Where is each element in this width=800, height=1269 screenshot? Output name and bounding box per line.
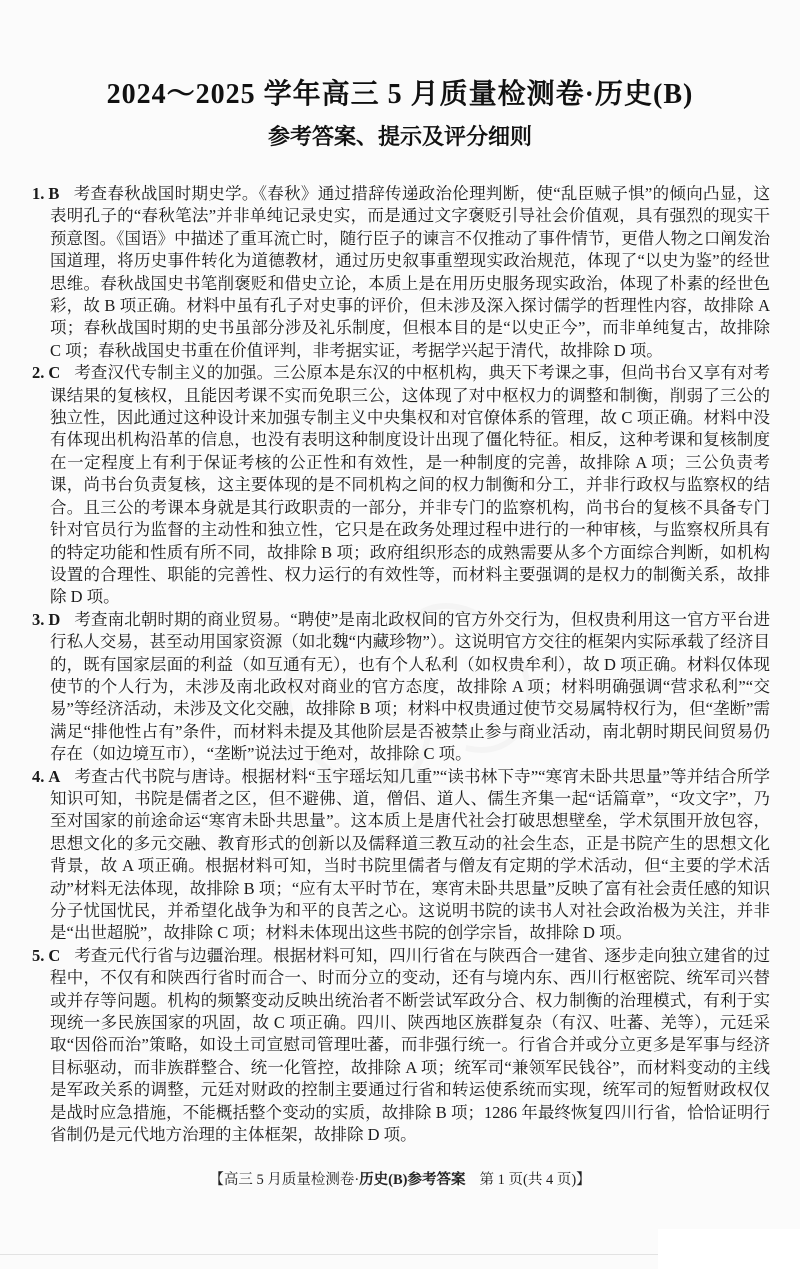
exam-title: 2024～2025 学年高三 5 月质量检测卷·历史(B): [0, 0, 800, 112]
answer-letter: C: [48, 363, 60, 382]
answer-sheet-page: 2024～2025 学年高三 5 月质量检测卷·历史(B) 参考答案、提示及评分…: [0, 0, 800, 1269]
answer-explanation-text: 考查元代行省与边疆治理。根据材料可知，四川行省在与陕西合一建省、逐步走向独立建省…: [50, 946, 770, 1144]
answer-letter: B: [48, 184, 59, 203]
answer-letter: D: [48, 610, 60, 629]
footer-page-number: 第 1 页(共 4 页): [479, 1172, 576, 1188]
answer-explanations: 1.B考查春秋战国时期史学。《春秋》通过措辞传递政治伦理判断，使“乱臣贼子惧”的…: [0, 183, 800, 1146]
answer-item-4: 4.A考查古代书院与唐诗。根据材料“玉宇瑶坛知几重”“读书林下寺”“寒宵未卧共思…: [32, 766, 770, 945]
answer-item-5: 5.C考查元代行省与边疆治理。根据材料可知，四川行省在与陕西合一建省、逐步走向独…: [32, 945, 770, 1147]
footer-subject-answer: 历史(B)参考答案: [359, 1172, 465, 1188]
answer-letter: C: [48, 946, 60, 965]
answer-item-2: 2.C考查汉代专制主义的加强。三公原本是东汉的中枢机构，典天下考课之事，但尚书台…: [32, 362, 770, 608]
footer-close-bracket: 】: [576, 1172, 591, 1188]
question-number: 4.: [32, 767, 44, 786]
answer-explanation-text: 考查春秋战国时期史学。《春秋》通过措辞传递政治伦理判断，使“乱臣贼子惧”的倾向凸…: [50, 184, 770, 360]
scan-bottom-edge: [0, 1254, 658, 1255]
question-number: 3.: [32, 610, 44, 629]
question-number: 5.: [32, 946, 44, 965]
answer-explanation-text: 考查古代书院与唐诗。根据材料“玉宇瑶坛知几重”“读书林下寺”“寒宵未卧共思量”等…: [50, 767, 770, 943]
question-number: 1.: [32, 184, 44, 203]
answer-explanation-text: 考查汉代专制主义的加强。三公原本是东汉的中枢机构，典天下考课之事，但尚书台又享有…: [50, 363, 770, 606]
question-number: 2.: [32, 363, 44, 382]
footer-open-bracket: 【: [209, 1172, 224, 1188]
answer-item-3: 3.D考查南北朝时期的商业贸易。“聘使”是南北政权间的官方外交行为，但权贵利用这…: [32, 609, 770, 766]
answer-letter: A: [48, 767, 60, 786]
scan-corner-margin: [658, 1229, 800, 1269]
footer-exam-name: 高三 5 月质量检测卷·: [224, 1172, 359, 1188]
page-footer: 【高三 5 月质量检测卷·历史(B)参考答案第 1 页(共 4 页)】: [0, 1168, 800, 1189]
answer-item-1: 1.B考查春秋战国时期史学。《春秋》通过措辞传递政治伦理判断，使“乱臣贼子惧”的…: [32, 183, 770, 362]
exam-subtitle: 参考答案、提示及评分细则: [0, 112, 800, 151]
answer-explanation-text: 考查南北朝时期的商业贸易。“聘使”是南北政权间的官方外交行为，但权贵利用这一官方…: [50, 610, 770, 763]
